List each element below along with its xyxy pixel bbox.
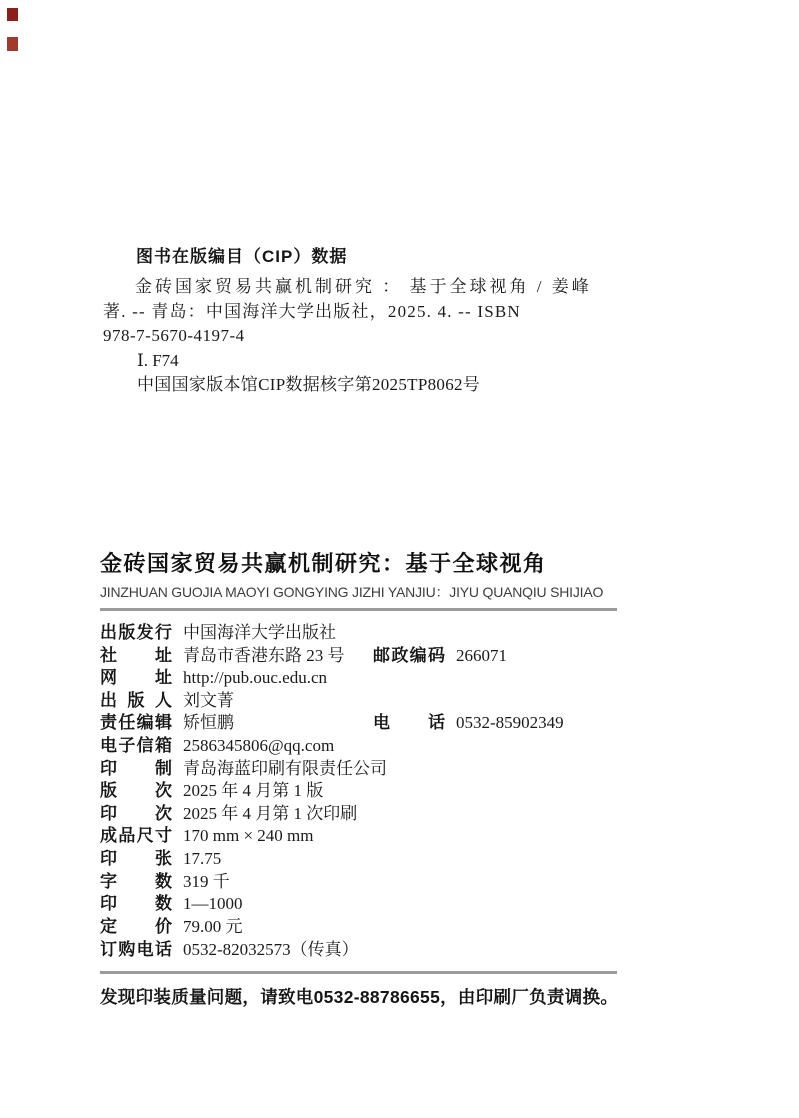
- colophon-label: 印制: [100, 758, 172, 781]
- colophon-label: 出版人: [100, 690, 172, 713]
- colophon-row: 印张17.75: [100, 848, 720, 871]
- book-title: 金砖国家贸易共赢机制研究：基于全球视角: [100, 547, 547, 578]
- copyright-page: 图书在版编目（CIP）数据 金砖国家贸易共赢机制研究 ： 基于全球视角 / 姜峰…: [0, 0, 799, 1118]
- colophon-row: 电子信箱2586345806@qq.com: [100, 735, 720, 758]
- colophon-value: 中国海洋大学出版社: [183, 623, 336, 642]
- cip-line: 著. -- 青岛：中国海洋大学出版社，2025. 4. -- ISBN: [103, 300, 683, 324]
- colophon-label: 出版发行: [100, 622, 172, 645]
- colophon-secondary-pair: 邮政编码266071: [373, 645, 507, 668]
- cip-lines: 金砖国家贸易共赢机制研究 ： 基于全球视角 / 姜峰著. -- 青岛：中国海洋大…: [103, 275, 683, 397]
- colophon-label: 版次: [100, 780, 172, 803]
- colophon-label: 成品尺寸: [100, 825, 172, 848]
- colophon-label: 网址: [100, 667, 172, 690]
- colophon-label: 责任编辑: [100, 712, 172, 735]
- book-title-pinyin: JINZHUAN GUOJIA MAOYI GONGYING JIZHI YAN…: [100, 582, 603, 602]
- colophon-row: 字数319 千: [100, 871, 720, 894]
- colophon-row: 印数1—1000: [100, 893, 720, 916]
- colophon-value: 79.00 元: [183, 917, 243, 936]
- colophon-row: 出版人刘文菁: [100, 690, 720, 713]
- colophon-value: 2025 年 4 月第 1 次印刷: [183, 804, 357, 823]
- colophon-value: 刘文菁: [183, 691, 234, 710]
- colophon-row: 网址http://pub.ouc.edu.cn: [100, 667, 720, 690]
- divider-bottom: [100, 971, 617, 974]
- colophon-value: 青岛海蓝印刷有限责任公司: [183, 759, 387, 778]
- colophon-label: 电子信箱: [100, 735, 172, 758]
- colophon-label: 印数: [100, 893, 172, 916]
- colophon-value: 0532-85902349: [456, 713, 564, 732]
- colophon-value: 2025 年 4 月第 1 版: [183, 781, 323, 800]
- colophon-label: 印张: [100, 848, 172, 871]
- colophon: 出版发行中国海洋大学出版社社址青岛市香港东路 23 号邮政编码266071网址h…: [100, 622, 720, 961]
- colophon-value: 矫恒鹏: [183, 713, 234, 732]
- colophon-label: 电话: [373, 712, 445, 735]
- cip-heading: 图书在版编目（CIP）数据: [103, 245, 683, 269]
- cip-line: 中国国家版本馆CIP数据核字第2025TP8062号: [103, 373, 683, 397]
- colophon-value: 170 mm × 240 mm: [183, 826, 313, 845]
- colophon-row: 印制青岛海蓝印刷有限责任公司: [100, 758, 720, 781]
- colophon-value: 1—1000: [183, 894, 243, 913]
- colophon-row: 成品尺寸170 mm × 240 mm: [100, 825, 720, 848]
- cip-line: 金砖国家贸易共赢机制研究 ： 基于全球视角 / 姜峰: [103, 275, 683, 299]
- colophon-value: 0532-82032573（传真）: [183, 940, 359, 959]
- colophon-value: 266071: [456, 646, 507, 665]
- colophon-row: 定价79.00 元: [100, 916, 720, 939]
- scan-mark-top: [7, 8, 18, 21]
- colophon-label: 定价: [100, 916, 172, 939]
- colophon-value: 2586345806@qq.com: [183, 736, 334, 755]
- colophon-row: 版次2025 年 4 月第 1 版: [100, 780, 720, 803]
- colophon-secondary-pair: 电话0532-85902349: [373, 712, 564, 735]
- colophon-row: 社址青岛市香港东路 23 号邮政编码266071: [100, 645, 720, 668]
- colophon-value: http://pub.ouc.edu.cn: [183, 668, 327, 687]
- cip-line: 978-7-5670-4197-4: [103, 324, 683, 348]
- cip-line: Ⅰ. F74: [103, 349, 683, 373]
- colophon-label: 社址: [100, 645, 172, 668]
- divider-top: [100, 608, 617, 611]
- colophon-row: 责任编辑矫恒鹏电话0532-85902349: [100, 712, 720, 735]
- colophon-label: 订购电话: [100, 939, 172, 962]
- cip-block: 图书在版编目（CIP）数据 金砖国家贸易共赢机制研究 ： 基于全球视角 / 姜峰…: [103, 245, 683, 397]
- colophon-label: 印次: [100, 803, 172, 826]
- colophon-value: 319 千: [183, 872, 230, 891]
- colophon-value: 青岛市香港东路 23 号: [183, 646, 345, 665]
- colophon-row: 印次2025 年 4 月第 1 次印刷: [100, 803, 720, 826]
- colophon-label: 邮政编码: [373, 645, 445, 668]
- colophon-label: 字数: [100, 871, 172, 894]
- colophon-row: 订购电话0532-82032573（传真）: [100, 939, 720, 962]
- colophon-row: 出版发行中国海洋大学出版社: [100, 622, 720, 645]
- scan-mark-bottom: [7, 37, 18, 51]
- quality-notice: 发现印装质量问题，请致电0532-88786655，由印刷厂负责调换。: [100, 984, 618, 1009]
- colophon-value: 17.75: [183, 849, 221, 868]
